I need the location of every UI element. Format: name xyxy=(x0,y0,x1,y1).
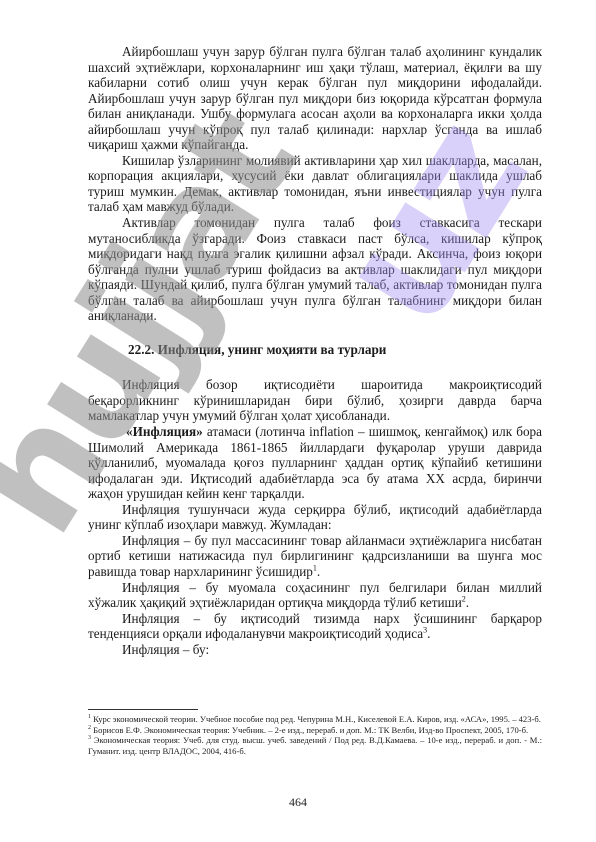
section-heading: 22.2. Инфляция, унинг моҳияти ва турлари xyxy=(88,342,542,358)
paragraph-inflation-concept: Инфляция тушунчаси жуда серқирра бўлиб, … xyxy=(88,502,542,533)
definition-3: Инфляция – бу иқтисодий тизимда нарх ўси… xyxy=(88,611,542,642)
footnotes: 1 Курс экономической теории. Учебное пос… xyxy=(88,709,542,756)
paragraph-exchange-demand: Айирбошлаш учун зарур бўлган пулга бўлга… xyxy=(88,44,542,153)
paragraph-last-line: Инфляция – бу: xyxy=(88,642,542,658)
footnote-2: 2 Борисов Е.Ф. Экономическая теория: Уче… xyxy=(88,725,542,736)
paragraph-financial-assets: Кишилар ўзларининг молиявий активларини … xyxy=(88,153,542,215)
body-text: Айирбошлаш учун зарур бўлган пулга бўлга… xyxy=(88,44,542,657)
term-bold: «Инфляция» xyxy=(126,424,203,439)
paragraph-inflation-intro: Инфляция бозор иқтисодиёти шароитида мак… xyxy=(88,377,542,424)
definition-1: Инфляция – бу пул массасининг товар айла… xyxy=(88,533,542,580)
footnote-3: 3 Экономическая теория: Учеб. для студ. … xyxy=(88,735,542,756)
paragraph-asset-demand: Активлар томонидан пулга талаб фоиз став… xyxy=(88,215,542,324)
definition-2: Инфляция – бу муомала соҳасининг пул бел… xyxy=(88,580,542,611)
footnote-1: 1 Курс экономической теории. Учебное пос… xyxy=(88,714,542,725)
footnote-divider xyxy=(88,709,198,710)
page-number: 464 xyxy=(0,795,596,810)
paragraph-inflation-term: «Инфляция» атамаси (лотинча inflation – … xyxy=(88,424,542,502)
document-page: hujjat uz Айирбошлаш учун зарур бўлган п… xyxy=(0,0,596,842)
